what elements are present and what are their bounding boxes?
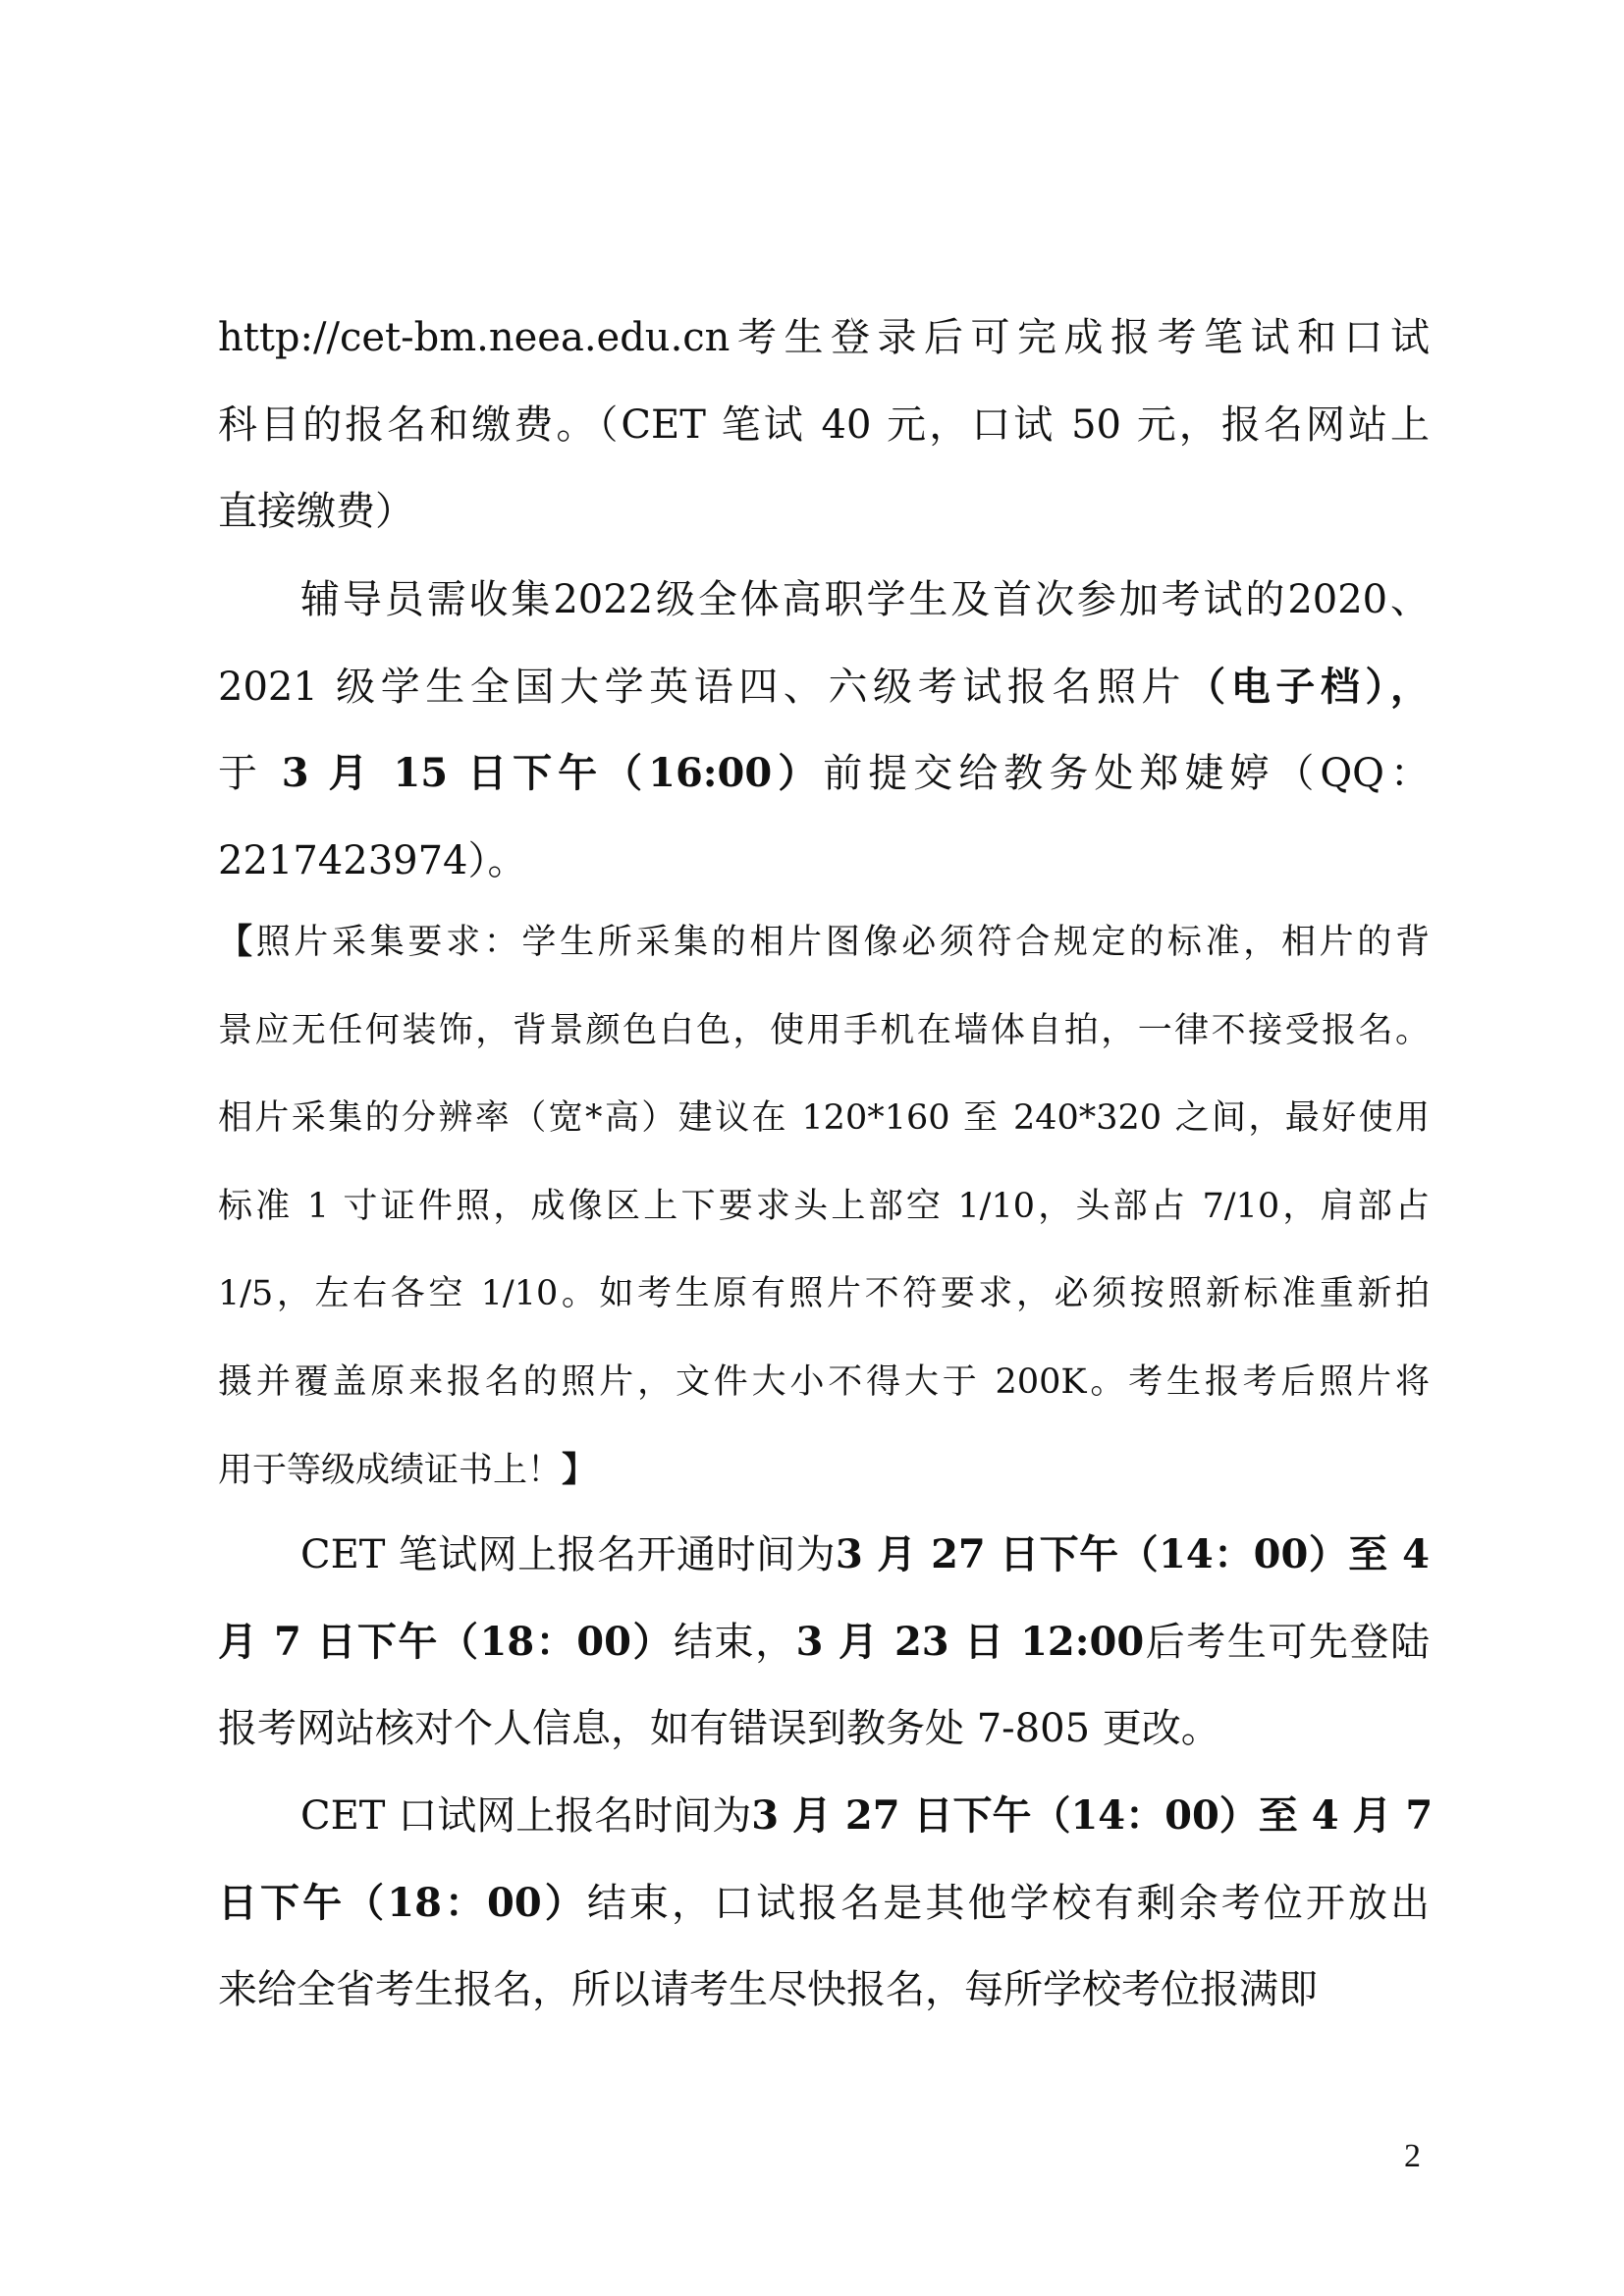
text-run: CET 口试网上报名时间为 [300, 1793, 751, 1839]
text-line: 于 3 月 15 日下午（16:00）前提交给教务处郑婕婷（QQ： [218, 730, 1430, 818]
bold-text: 3 月 15 日下午（16:00） [282, 750, 824, 796]
text-run: 1/5，左右各空 1/10。如考生原有照片不符要求，必须按照新标准重新拍 [218, 1274, 1430, 1313]
text-line: 景应无任何装饰，背景颜色白色，使用手机在墙体自拍，一律不接受报名。 [218, 988, 1430, 1076]
text-line: 2021 级学生全国大学英语四、六级考试报名照片（电子档）， [218, 644, 1430, 731]
text-line: http://cet-bm.neea.edu.cn考生登录后可完成报考笔试和口试 [218, 294, 1430, 382]
paragraph-photo-requirements: 【照片采集要求：学生所采集的相片图像必须符合规定的标准，相片的背景应无任何装饰，… [218, 898, 1430, 1516]
text-line: 2217423974）。 [218, 818, 1430, 905]
paragraph-photo-collection-notice: 辅导员需收集2022级全体高职学生及首次参加考试的2020、2021 级学生全国… [218, 557, 1430, 904]
bold-text: 【 [218, 922, 256, 962]
paragraph-registration-url: http://cet-bm.neea.edu.cn考生登录后可完成报考笔试和口试… [218, 294, 1430, 556]
text-run: CET 笔试网上报名开通时间为 [300, 1532, 836, 1577]
text-line: 摄并覆盖原来报名的照片，文件大小不得大于 200K。考生报考后照片将 [218, 1339, 1430, 1427]
text-run: 来给全省考生报名，所以请考生尽快报名，每所学校考位报满即 [218, 1967, 1318, 2012]
text-run: 用于等级成绩证书上！ [218, 1451, 562, 1490]
text-run: 前提交给教务处郑婕婷（QQ： [823, 751, 1430, 796]
text-line: CET 口试网上报名时间为3 月 27 日下午（14：00）至 4 月 7 [218, 1773, 1430, 1860]
text-line: 科目的报名和缴费。（CET 笔试 40 元，口试 50 元，报名网站上 [218, 382, 1430, 469]
text-line: CET 笔试网上报名开通时间为3 月 27 日下午（14：00）至 4 [218, 1512, 1430, 1599]
bold-text: 3 月 27 日下午（14：00）至 4 月 7 [751, 1792, 1433, 1839]
bold-text: 】 [562, 1450, 596, 1490]
bold-text: （电子档）， [1186, 664, 1430, 710]
text-line: 【照片采集要求：学生所采集的相片图像必须符合规定的标准，相片的背 [218, 898, 1430, 988]
text-line: 直接缴费） [218, 468, 1430, 556]
text-run: 结束，口试报名是其他学校有剩余考位开放出 [587, 1881, 1430, 1926]
bold-text: 3 月 23 日 12:00 [796, 1619, 1145, 1665]
text-run: 直接缴费） [218, 489, 414, 534]
text-line: 来给全省考生报名，所以请考生尽快报名，每所学校考位报满即 [218, 1947, 1430, 2034]
text-line: 日下午（18：00）结束，口试报名是其他学校有剩余考位开放出 [218, 1860, 1430, 1948]
text-line: 辅导员需收集2022级全体高职学生及首次参加考试的2020、 [218, 557, 1430, 644]
text-run: 结束， [674, 1620, 796, 1665]
text-run: 照片采集要求：学生所采集的相片图像必须符合规定的标准，相片的背 [256, 923, 1430, 962]
text-run: 标准 1 寸证件照，成像区上下要求头上部空 1/10，头部占 7/10，肩部占 [218, 1187, 1430, 1226]
text-line: 标准 1 寸证件照，成像区上下要求头上部空 1/10，头部占 7/10，肩部占 [218, 1163, 1430, 1252]
text-run: http://cet-bm.neea.edu.cn考生登录后可完成报考笔试和口试 [218, 315, 1430, 360]
text-run: 摄并覆盖原来报名的照片，文件大小不得大于 200K。考生报考后照片将 [218, 1362, 1430, 1402]
text-run: 辅导员需收集2022级全体高职学生及首次参加考试的2020、 [300, 577, 1430, 622]
text-run: 2217423974）。 [218, 838, 527, 883]
text-run: 科目的报名和缴费。（CET 笔试 40 元，口试 50 元，报名网站上 [218, 402, 1430, 448]
bold-text: 日下午（18：00） [218, 1880, 587, 1926]
text-line: 报考网站核对个人信息，如有错误到教务处 7-805 更改。 [218, 1685, 1430, 1773]
text-line: 1/5，左右各空 1/10。如考生原有照片不符要求，必须按照新标准重新拍 [218, 1251, 1430, 1339]
text-run: 相片采集的分辨率（宽*高）建议在 120*160 至 240*320 之间，最好… [218, 1098, 1430, 1138]
paragraph-oral-exam-registration: CET 口试网上报名时间为3 月 27 日下午（14：00）至 4 月 7日下午… [218, 1773, 1430, 2034]
text-run: 景应无任何装饰，背景颜色白色，使用手机在墙体自拍，一律不接受报名。 [218, 1011, 1430, 1050]
text-line: 相片采集的分辨率（宽*高）建议在 120*160 至 240*320 之间，最好… [218, 1075, 1430, 1163]
bold-text: 月 7 日下午（18：00） [218, 1619, 674, 1665]
text-run: 后考生可先登陆 [1144, 1620, 1430, 1665]
page-number: 2 [1404, 2138, 1421, 2175]
text-run: 2021 级学生全国大学英语四、六级考试报名照片 [218, 665, 1186, 710]
paragraph-written-exam-registration: CET 笔试网上报名开通时间为3 月 27 日下午（14：00）至 4月 7 日… [218, 1512, 1430, 1773]
text-line: 月 7 日下午（18：00）结束，3 月 23 日 12:00后考生可先登陆 [218, 1599, 1430, 1686]
bold-text: 3 月 27 日下午（14：00）至 4 [836, 1531, 1430, 1577]
text-run: 于 [218, 751, 282, 796]
text-run: 报考网站核对个人信息，如有错误到教务处 7-805 更改。 [218, 1706, 1220, 1751]
text-line: 用于等级成绩证书上！】 [218, 1426, 1430, 1516]
